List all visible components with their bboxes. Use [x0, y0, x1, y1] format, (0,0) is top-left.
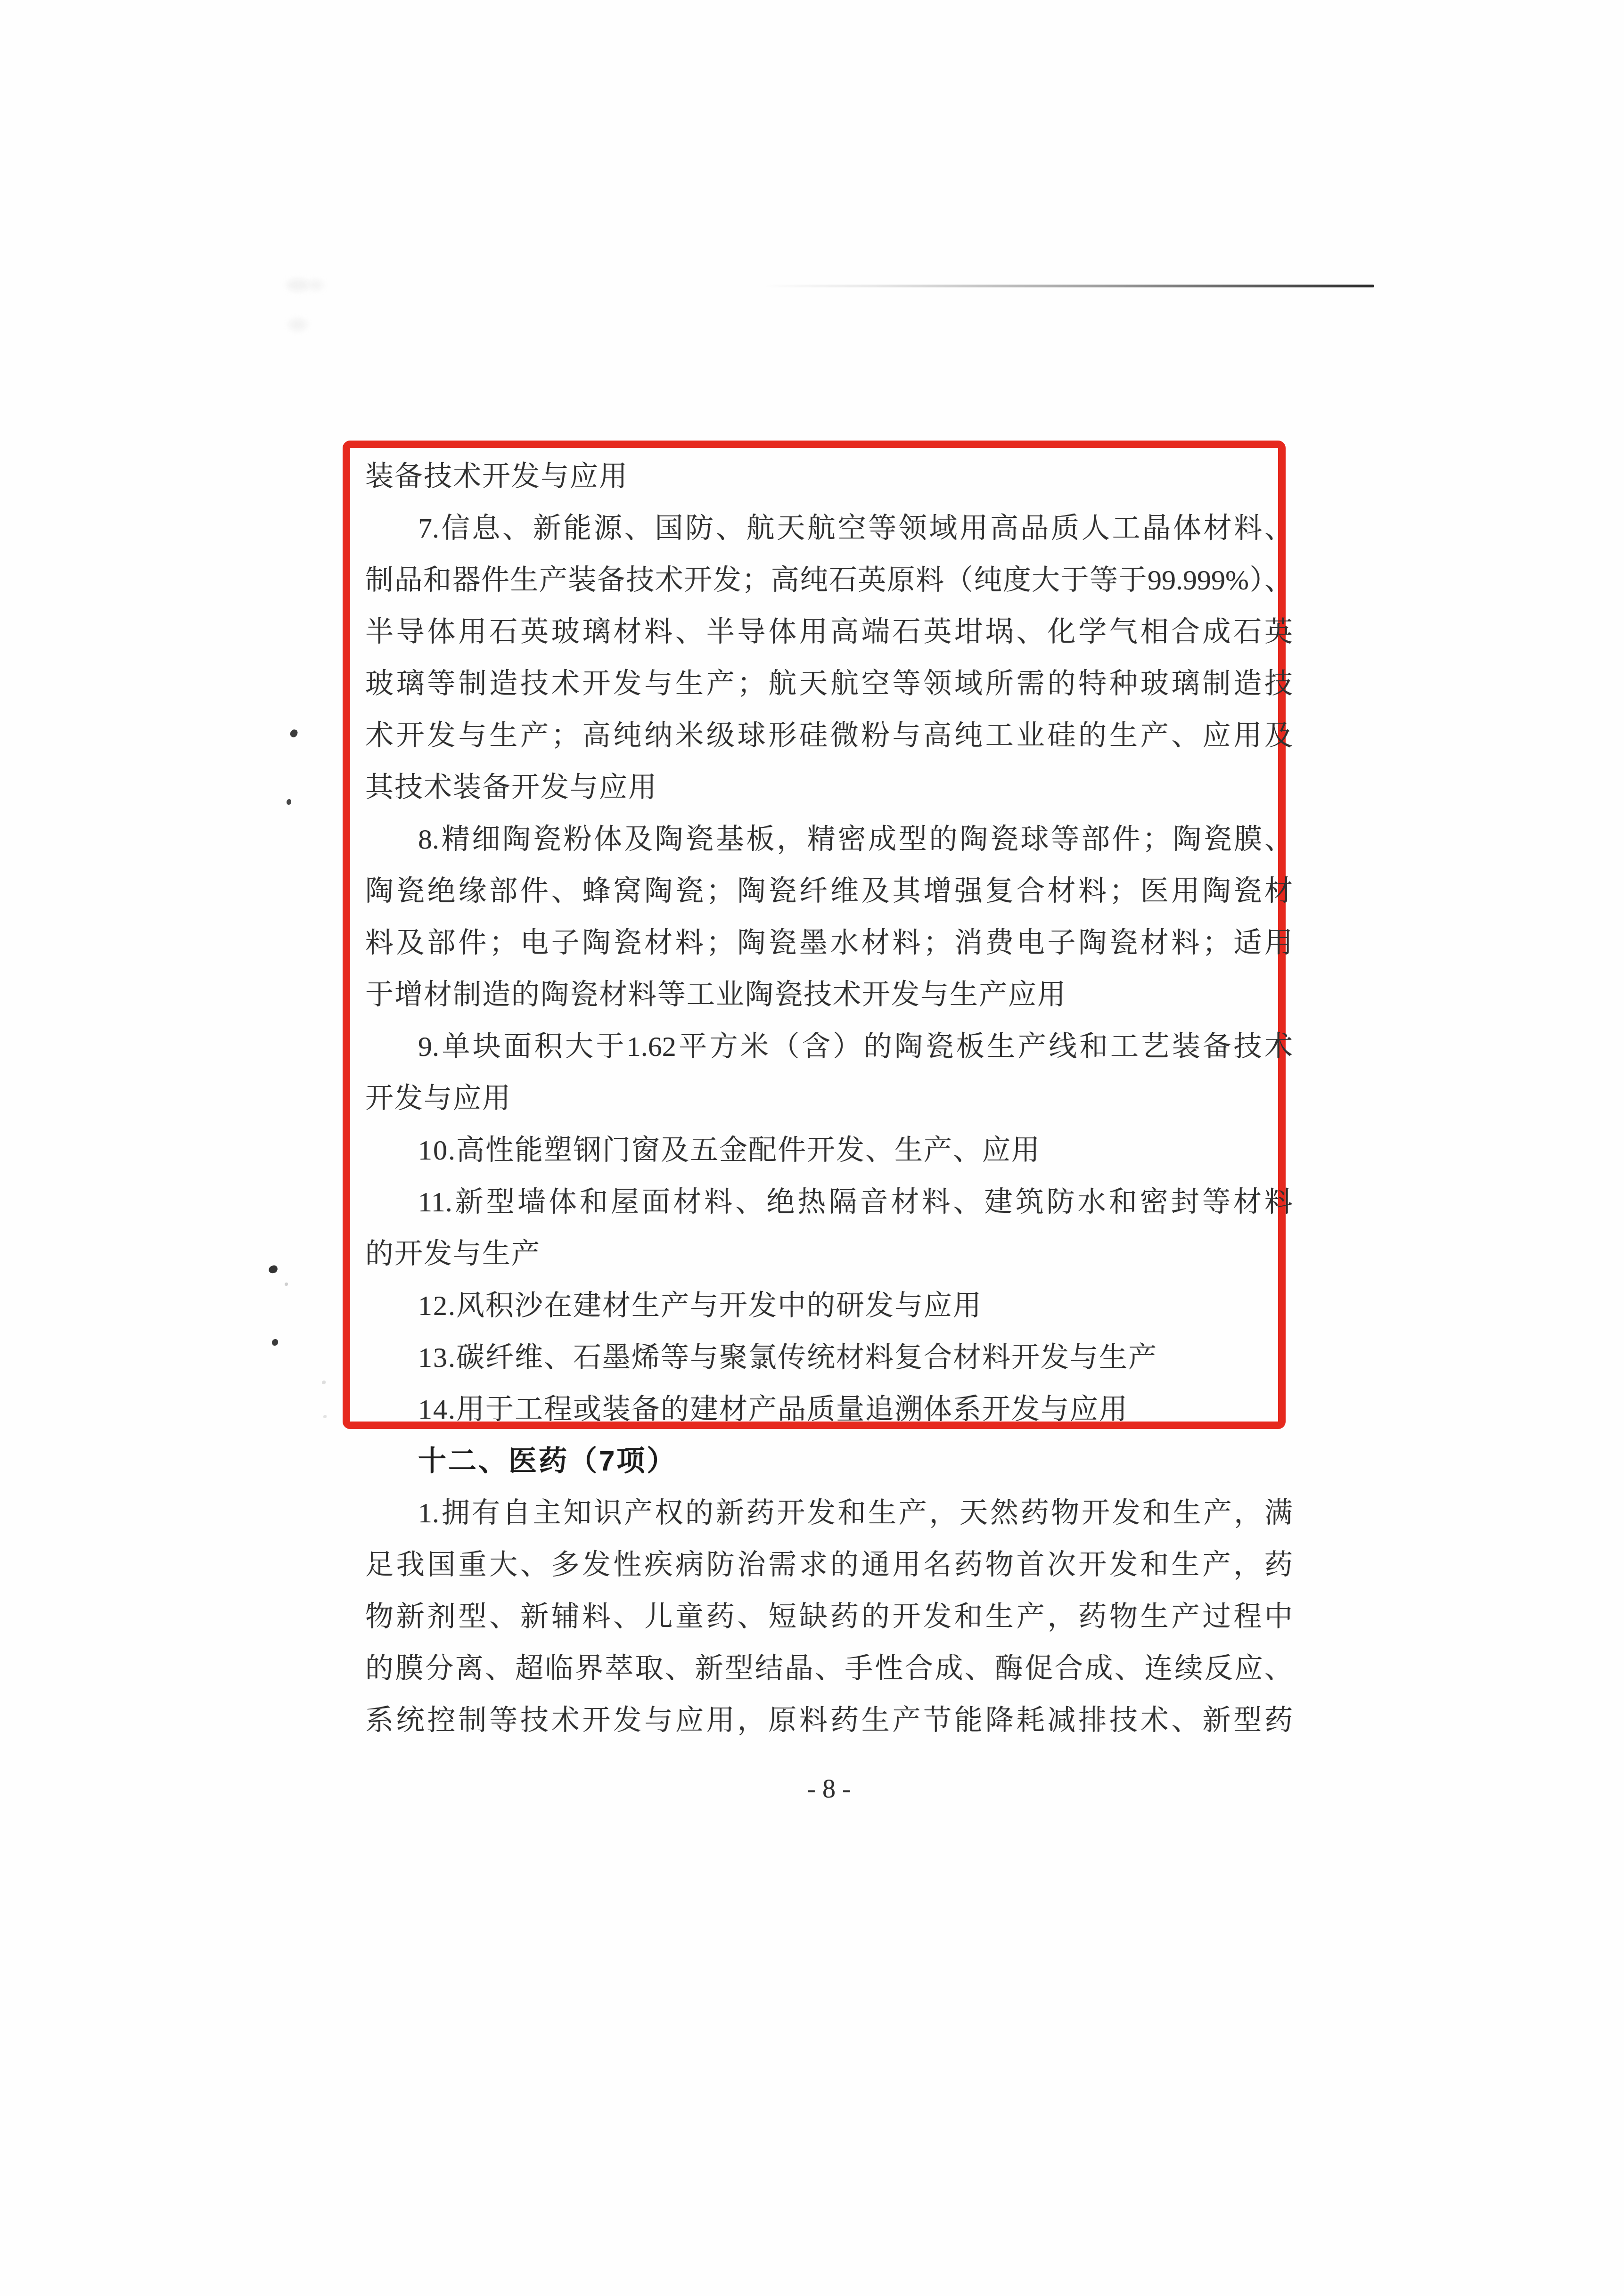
scan-speck [322, 1381, 326, 1384]
text-line: 足我国重大、多发性疾病防治需求的通用名药物首次开发和生产，药 [365, 1539, 1293, 1591]
section-heading: 十二、医药（7项） [365, 1435, 1293, 1487]
text-line: 10.高性能塑钢门窗及五金配件开发、生产、应用 [365, 1124, 1293, 1176]
scan-smudge [288, 319, 307, 331]
text-line: 陶瓷绝缘部件、蜂窝陶瓷；陶瓷纤维及其增强复合材料；医用陶瓷材 [365, 865, 1293, 917]
scan-speck [289, 728, 299, 738]
text-line: 制品和器件生产装备技术开发；高纯石英原料（纯度大于等于99.999%）、 [365, 554, 1293, 606]
text-line: 物新剂型、新辅料、儿童药、短缺药的开发和生产，药物生产过程中 [365, 1591, 1293, 1642]
text-line: 9.单块面积大于1.62平方米（含）的陶瓷板生产线和工艺装备技术 [365, 1021, 1293, 1072]
text-line: 1.拥有自主知识产权的新药开发和生产，天然药物开发和生产，满 [365, 1487, 1293, 1539]
text-line: 于增材制造的陶瓷材料等工业陶瓷技术开发与生产应用 [365, 969, 1293, 1021]
scan-smudge [307, 280, 323, 290]
scan-line-artifact [763, 285, 1374, 287]
page-number: - 8 - [365, 1763, 1293, 1815]
scanned-document-page: 装备技术开发与应用 7.信息、新能源、国防、航天航空等领域用高品质人工晶体材料、… [0, 0, 1624, 2296]
text-line: 装备技术开发与应用 [365, 450, 1293, 502]
document-text-column: 装备技术开发与应用 7.信息、新能源、国防、航天航空等领域用高品质人工晶体材料、… [365, 450, 1293, 1746]
scan-speck [285, 1283, 288, 1286]
text-line: 8.精细陶瓷粉体及陶瓷基板，精密成型的陶瓷球等部件；陶瓷膜、 [365, 813, 1293, 865]
text-line: 12.风积沙在建材生产与开发中的研发与应用 [365, 1280, 1293, 1332]
text-line: 14.用于工程或装备的建材产品质量追溯体系开发与应用 [365, 1383, 1293, 1435]
scan-speck [323, 1415, 327, 1418]
text-line: 7.信息、新能源、国防、航天航空等领域用高品质人工晶体材料、 [365, 502, 1293, 554]
scan-speck [287, 799, 291, 805]
text-line: 开发与应用 [365, 1072, 1293, 1124]
text-line: 术开发与生产；高纯纳米级球形硅微粉与高纯工业硅的生产、应用及 [365, 710, 1293, 761]
scan-speck [268, 1265, 279, 1274]
text-line: 半导体用石英玻璃材料、半导体用高端石英坩埚、化学气相合成石英 [365, 606, 1293, 658]
scan-smudge [287, 279, 309, 291]
text-line: 系统控制等技术开发与应用，原料药生产节能降耗减排技术、新型药 [365, 1694, 1293, 1746]
text-line: 13.碳纤维、石墨烯等与聚氯传统材料复合材料开发与生产 [365, 1332, 1293, 1383]
text-line: 的膜分离、超临界萃取、新型结晶、手性合成、酶促合成、连续反应、 [365, 1642, 1293, 1694]
text-line: 料及部件；电子陶瓷材料；陶瓷墨水材料；消费电子陶瓷材料；适用 [365, 917, 1293, 969]
text-line: 其技术装备开发与应用 [365, 761, 1293, 813]
text-line: 的开发与生产 [365, 1228, 1293, 1280]
text-line: 玻璃等制造技术开发与生产；航天航空等领域所需的特种玻璃制造技 [365, 658, 1293, 710]
text-line: 11.新型墙体和屋面材料、绝热隔音材料、建筑防水和密封等材料 [365, 1176, 1293, 1228]
scan-speck [272, 1339, 278, 1346]
